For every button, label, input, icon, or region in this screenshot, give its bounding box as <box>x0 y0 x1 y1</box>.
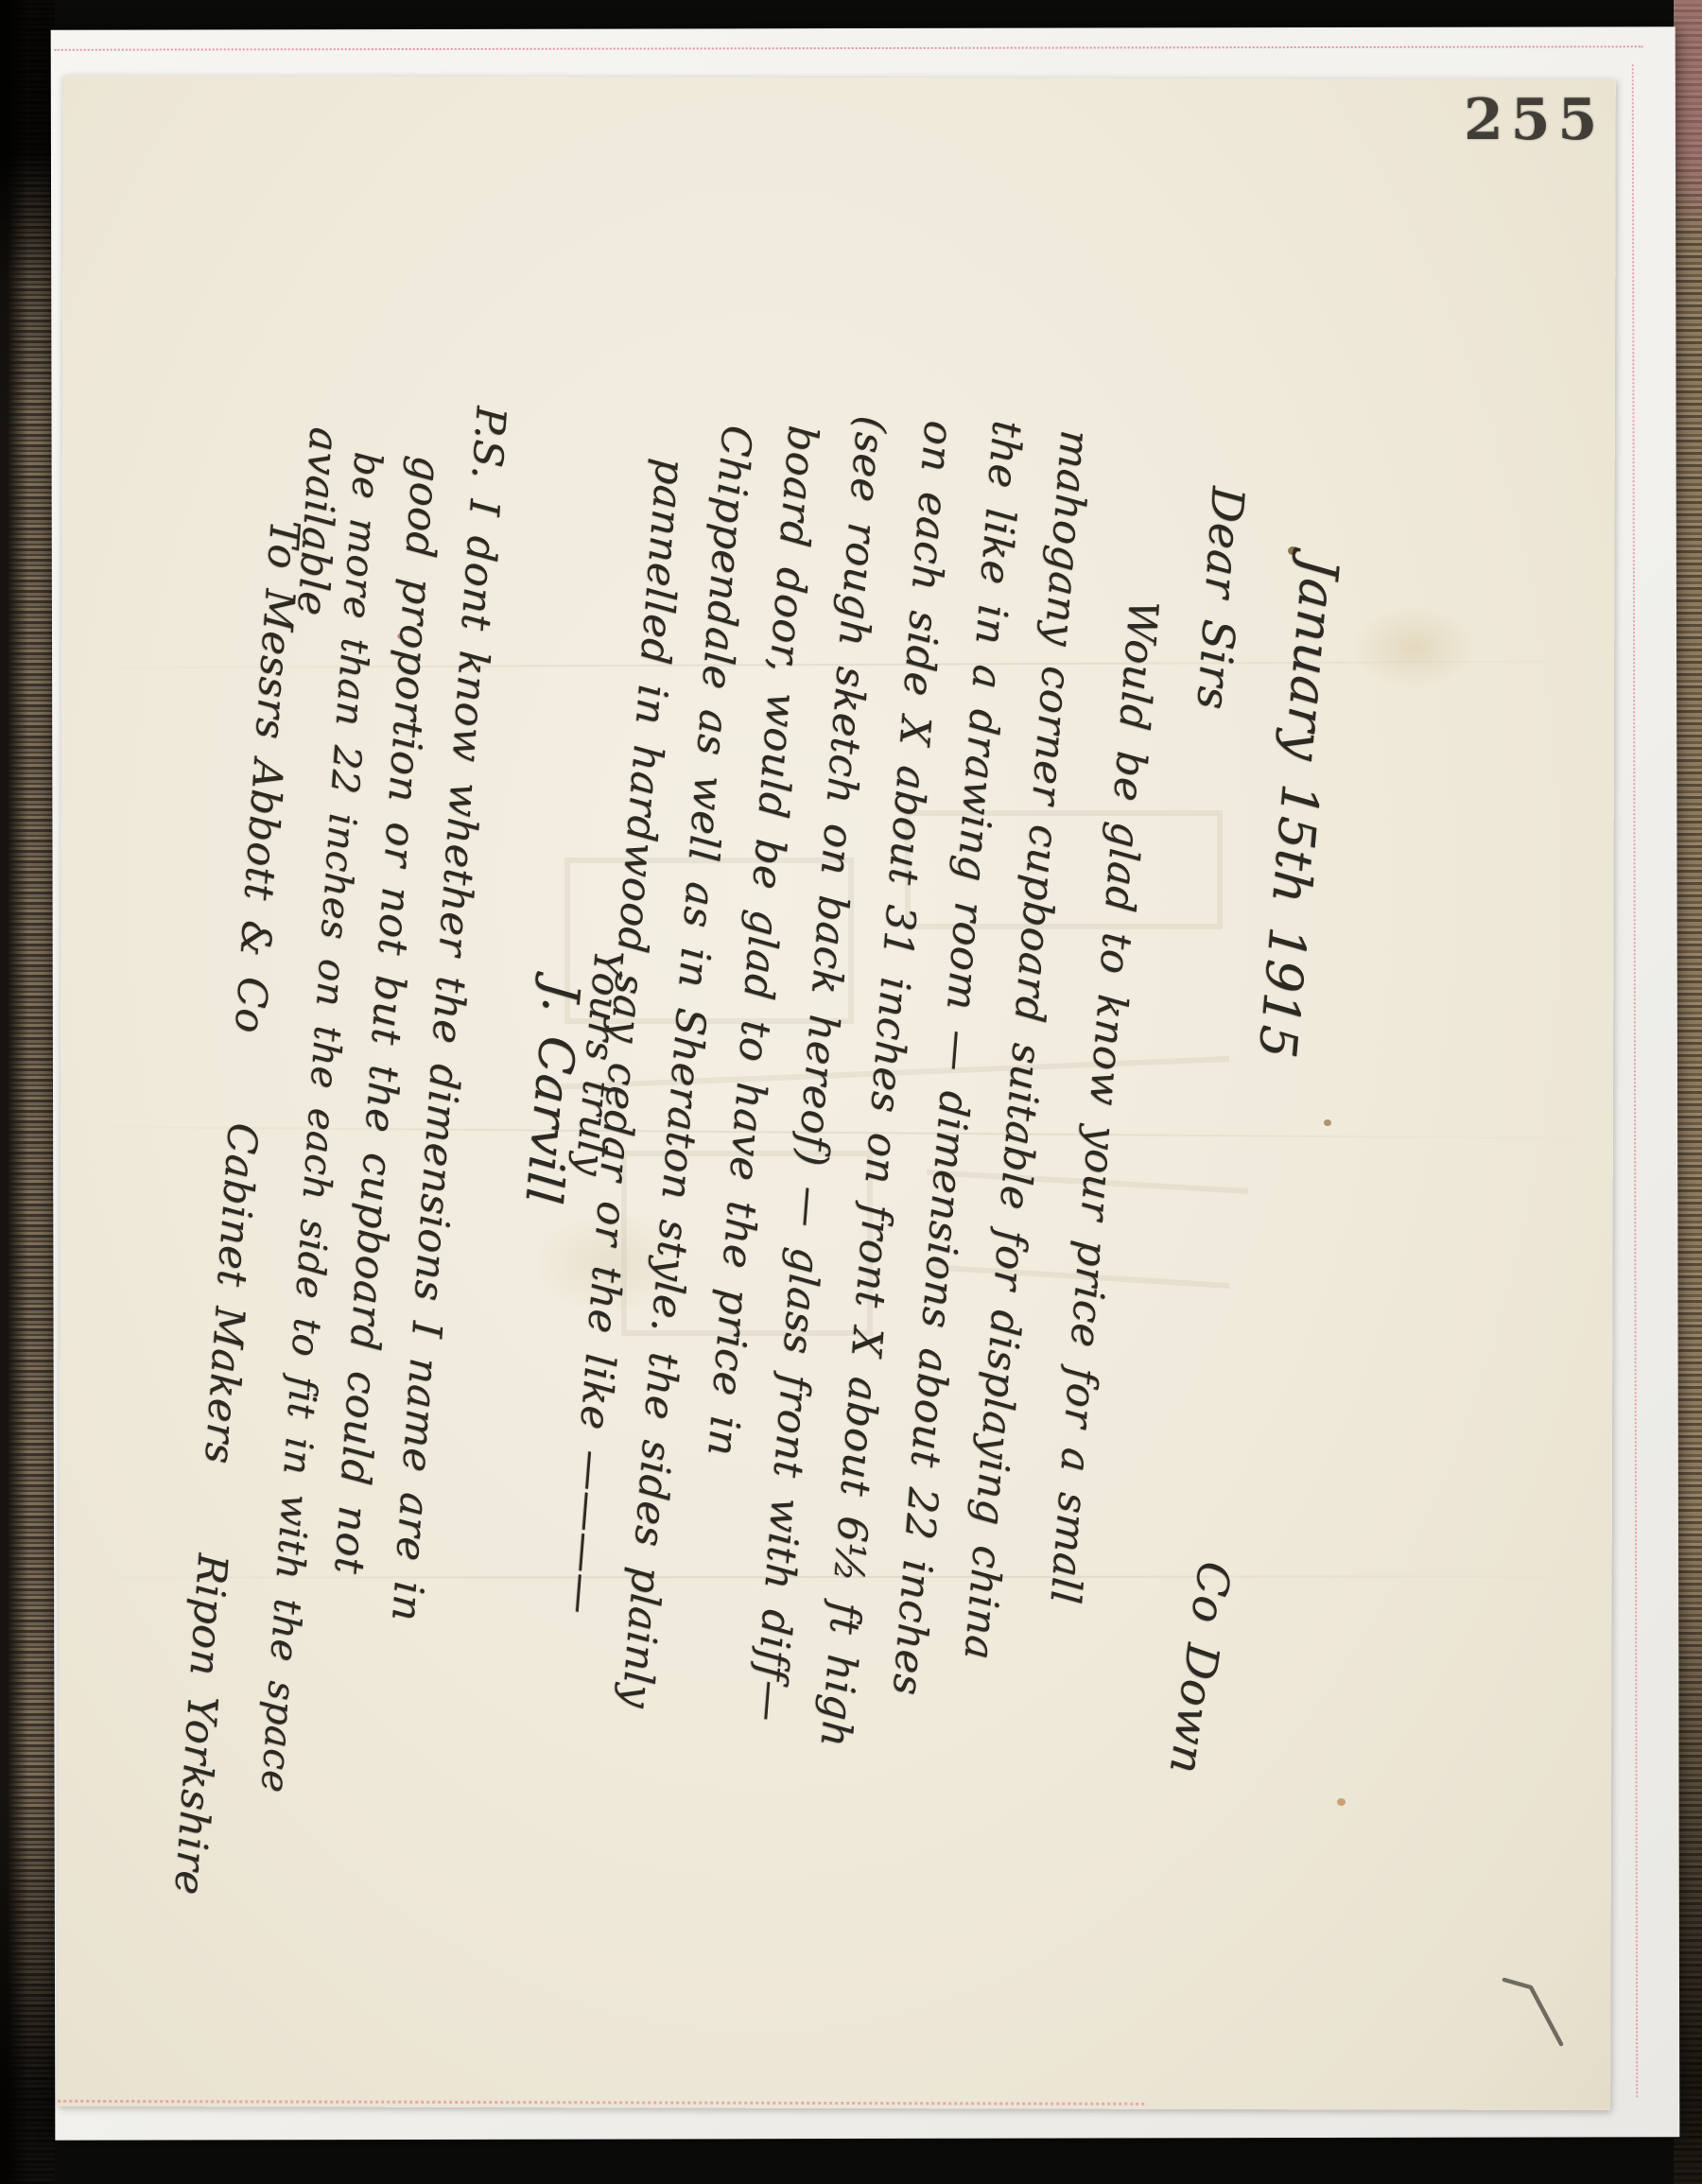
pencil-checkmark <box>1502 1972 1570 2052</box>
page-number-stamp: 255 <box>1464 87 1605 153</box>
handwritten-letter: January 15th 1915 Dear Sirs Co Down Woul… <box>260 407 1352 1863</box>
foxing-smudge <box>1352 605 1475 690</box>
book-spine-page-edges-left <box>0 0 55 2184</box>
letter-place: Co Down <box>1159 1558 1241 1777</box>
letter-date: January 15th 1915 <box>1247 555 1350 1061</box>
red-edge-line-top <box>55 45 1643 51</box>
deckle-edge-specks <box>58 2100 1144 2106</box>
red-edge-line-right <box>1632 64 1639 2097</box>
letter-salutation: Dear Sirs <box>1187 485 1254 712</box>
